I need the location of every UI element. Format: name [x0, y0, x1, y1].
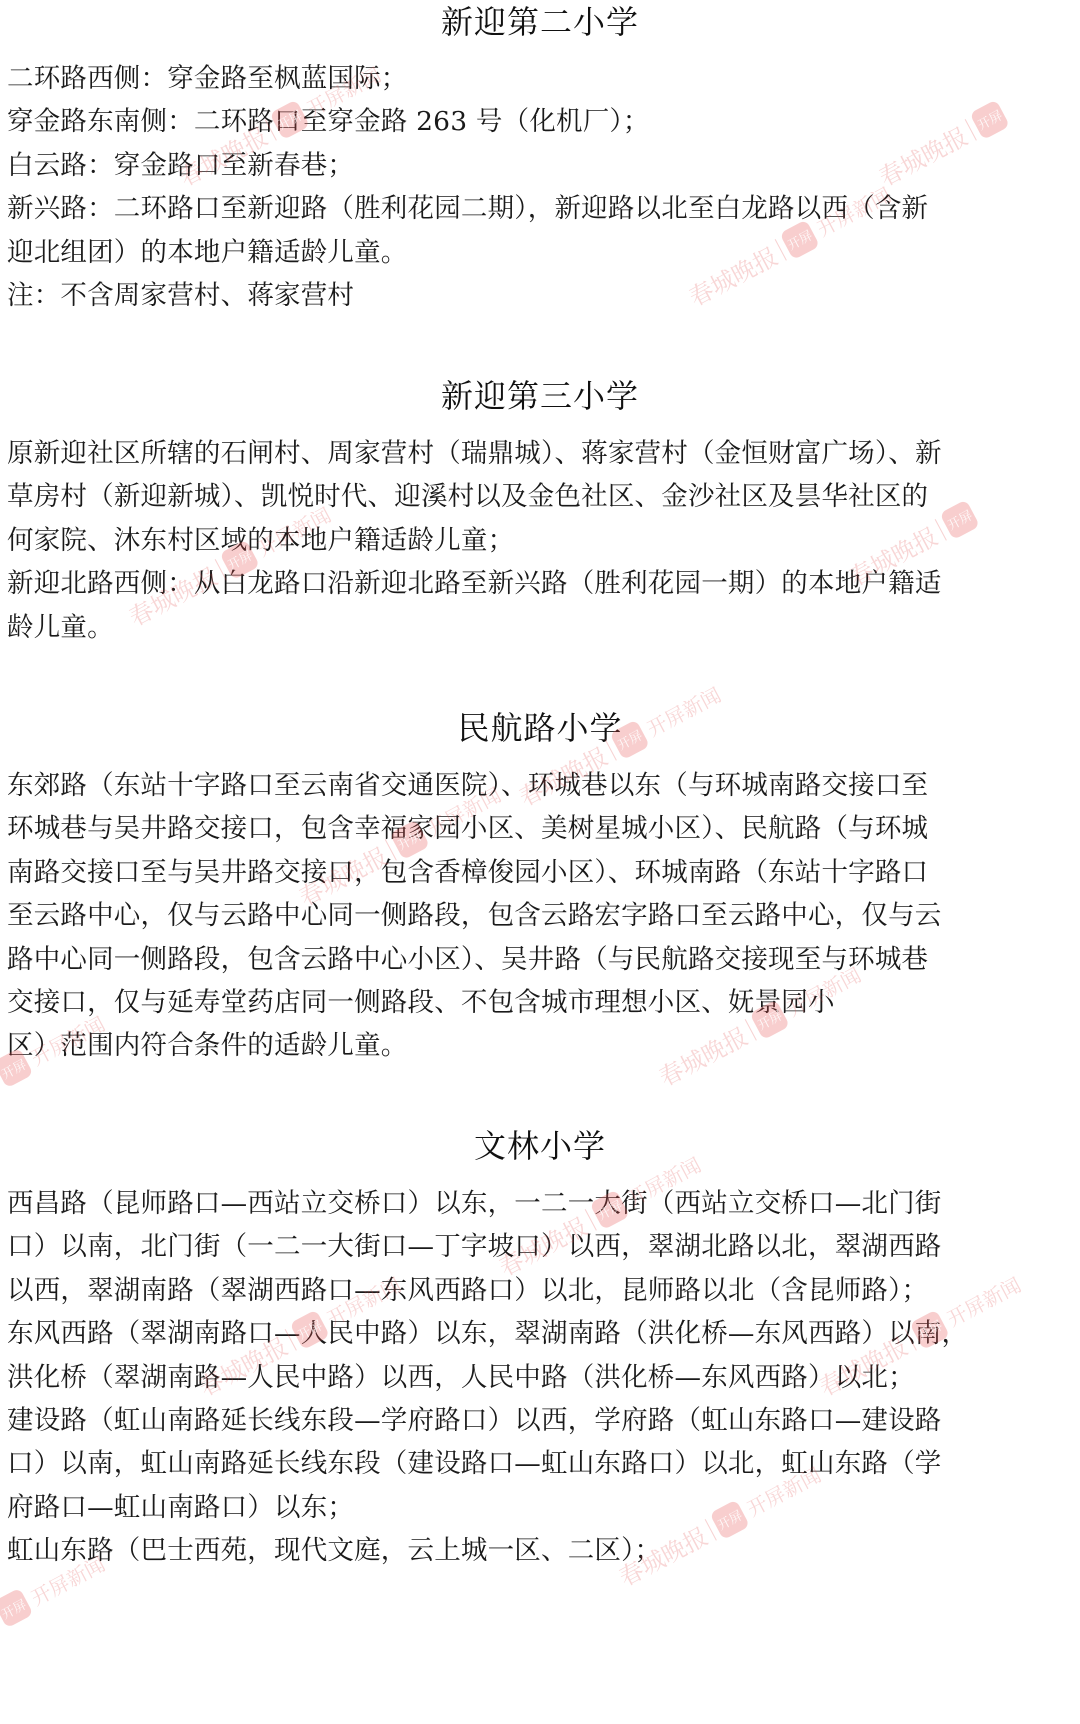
text-line: 注：不含周家营村、蒋家营村: [7, 274, 1073, 317]
text-line: 二环路西侧：穿金路至枫蓝国际；: [7, 57, 1073, 100]
section-title: 新迎第二小学: [0, 2, 1080, 42]
text-line: 口）以南，虹山南路延长线东段（建设路口—虹山东路口）以北，虹山东路（学: [7, 1442, 1073, 1485]
text-line: 路中心同一侧路段，包含云路中心小区）、吴井路（与民航路交接现至与环城巷: [7, 938, 1073, 981]
text-line: 南路交接口至与吴井路交接口，包含香樟俊园小区）、环城南路（东站十字路口: [7, 851, 1073, 894]
watermark-logo-icon: 开屏: [0, 1588, 34, 1629]
text-line: 西昌路（昆师路口—西站立交桥口）以东，一二一大街（西站立交桥口—北门街: [7, 1182, 1073, 1225]
text-line: 府路口—虹山南路口）以东；: [7, 1486, 1073, 1529]
text-line: 何家院、沐东村区域的本地户籍适龄儿童；: [7, 519, 1073, 562]
text-line: 虹山东路（巴士西苑，现代文庭，云上城一区、二区）；: [7, 1529, 1073, 1572]
text-line: 穿金路东南侧：二环路口至穿金路 263 号（化机厂）；: [7, 100, 1073, 143]
text-line: 环城巷与吴井路交接口，包含幸福家园小区、美树星城小区）、民航路（与环城: [7, 807, 1073, 850]
section-body: 原新迎社区所辖的石闸村、周家营村（瑞鼎城）、蒋家营村（金恒财富广场）、新 草房村…: [7, 432, 1073, 649]
text-line: 迎北组团）的本地户籍适龄儿童。: [7, 231, 1073, 274]
text-line: 新迎北路西侧：从白龙路口沿新迎北路至新兴路（胜利花园一期）的本地户籍适: [7, 562, 1073, 605]
text-line: 白云路：穿金路口至新春巷；: [7, 144, 1073, 187]
text-line: 口）以南，北门街（一二一大街口—丁字坡口）以西，翠湖北路以北，翠湖西路: [7, 1225, 1073, 1268]
section-body: 东郊路（东站十字路口至云南省交通医院）、环城巷以东（与环城南路交接口至 环城巷与…: [7, 764, 1073, 1068]
text-line: 交接口，仅与延寿堂药店同一侧路段、不包含城市理想小区、妩景园小: [7, 981, 1073, 1024]
text-line: 建设路（虹山南路延长线东段—学府路口）以西，学府路（虹山东路口—建设路: [7, 1399, 1073, 1442]
text-line: 原新迎社区所辖的石闸村、周家营村（瑞鼎城）、蒋家营村（金恒财富广场）、新: [7, 432, 1073, 475]
section-body: 西昌路（昆师路口—西站立交桥口）以东，一二一大街（西站立交桥口—北门街 口）以南…: [7, 1182, 1073, 1573]
text-line: 新兴路：二环路口至新迎路（胜利花园二期），新迎路以北至白龙路以西（含新: [7, 187, 1073, 230]
text-line: 区）范围内符合条件的适龄儿童。: [7, 1024, 1073, 1067]
text-line: 以西，翠湖南路（翠湖西路口—东风西路口）以北，昆师路以北（含昆师路）；: [7, 1269, 1073, 1312]
text-line: 草房村（新迎新城）、凯悦时代、迎溪村以及金色社区、金沙社区及昙华社区的: [7, 475, 1073, 518]
text-line: 洪化桥（翠湖南路—人民中路）以西，人民中路（洪化桥—东风西路）以北；: [7, 1356, 1073, 1399]
text-line: 东郊路（东站十字路口至云南省交通医院）、环城巷以东（与环城南路交接口至: [7, 764, 1073, 807]
text-line: 至云路中心，仅与云路中心同一侧路段，包含云路宏字路口至云路中心，仅与云: [7, 894, 1073, 937]
section-title: 文林小学: [0, 1126, 1080, 1166]
section-title: 新迎第三小学: [0, 376, 1080, 416]
text-line: 东风西路（翠湖南路口—人民中路）以东，翠湖南路（洪化桥—东风西路）以南，: [7, 1312, 1073, 1355]
text-line: 龄儿童。: [7, 606, 1073, 649]
section-title: 民航路小学: [0, 708, 1080, 748]
section-body: 二环路西侧：穿金路至枫蓝国际； 穿金路东南侧：二环路口至穿金路 263 号（化机…: [7, 57, 1073, 317]
